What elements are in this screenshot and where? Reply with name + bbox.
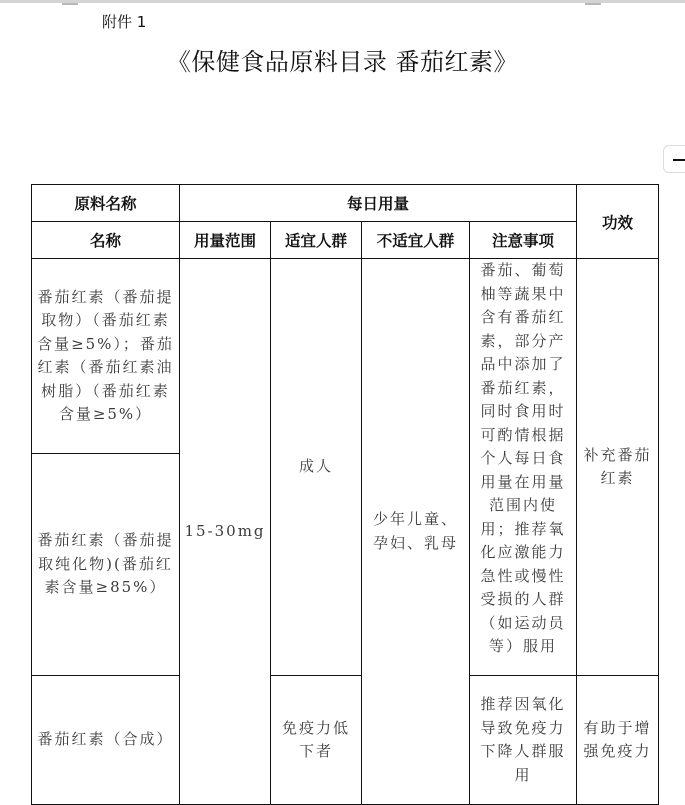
minus-icon: [673, 159, 685, 161]
efficacy-1: 补充番茄红素: [577, 259, 659, 676]
row-1-name: 番茄红素（番茄提取物）（番茄红素含量≥5%）；番茄红素（番茄红素油树脂）（番茄红…: [32, 259, 180, 454]
header-name: 名称: [32, 222, 180, 259]
unsuitable-population-value: 少年儿童、孕妇、乳母: [362, 259, 470, 805]
row-2-name: 番茄红素（番茄提取纯化物)(番茄红素含量≥85%）: [32, 454, 180, 676]
dosage-range-value: 15-30mg: [180, 259, 271, 805]
header-suitable-population: 适宜人群: [271, 222, 362, 259]
precautions-1: 番茄、葡萄柚等蔬果中含有番茄红素，部分产品中添加了番茄红素，同时食用时可酌情根据…: [470, 259, 577, 676]
precautions-2: 推荐因氧化导致免疫力下降人群服用: [470, 676, 577, 805]
collapse-button[interactable]: [663, 145, 685, 173]
margin-marker-right: [585, 3, 601, 5]
suitable-population-low-immunity: 免疫力低下者: [271, 676, 362, 805]
header-dosage-range: 用量范围: [180, 222, 271, 259]
header-efficacy: 功效: [577, 185, 659, 259]
raw-material-table: 原料名称 每日用量 功效 名称 用量范围 适宜人群 不适宜人群 注意事项 番茄红…: [31, 184, 659, 805]
header-precautions: 注意事项: [470, 222, 577, 259]
header-daily-dosage: 每日用量: [180, 185, 577, 222]
efficacy-2: 有助于增强免疫力: [577, 676, 659, 805]
header-raw-material-name: 原料名称: [32, 185, 180, 222]
document-title: 《保健食品原料目录 番茄红素》: [0, 42, 685, 77]
margin-marker-left: [62, 3, 78, 5]
top-rule: [0, 0, 685, 3]
suitable-population-adults: 成人: [271, 259, 362, 676]
attachment-label: 附件 1: [102, 11, 146, 32]
header-unsuitable-population: 不适宜人群: [362, 222, 470, 259]
row-3-name: 番茄红素（合成）: [32, 676, 180, 805]
